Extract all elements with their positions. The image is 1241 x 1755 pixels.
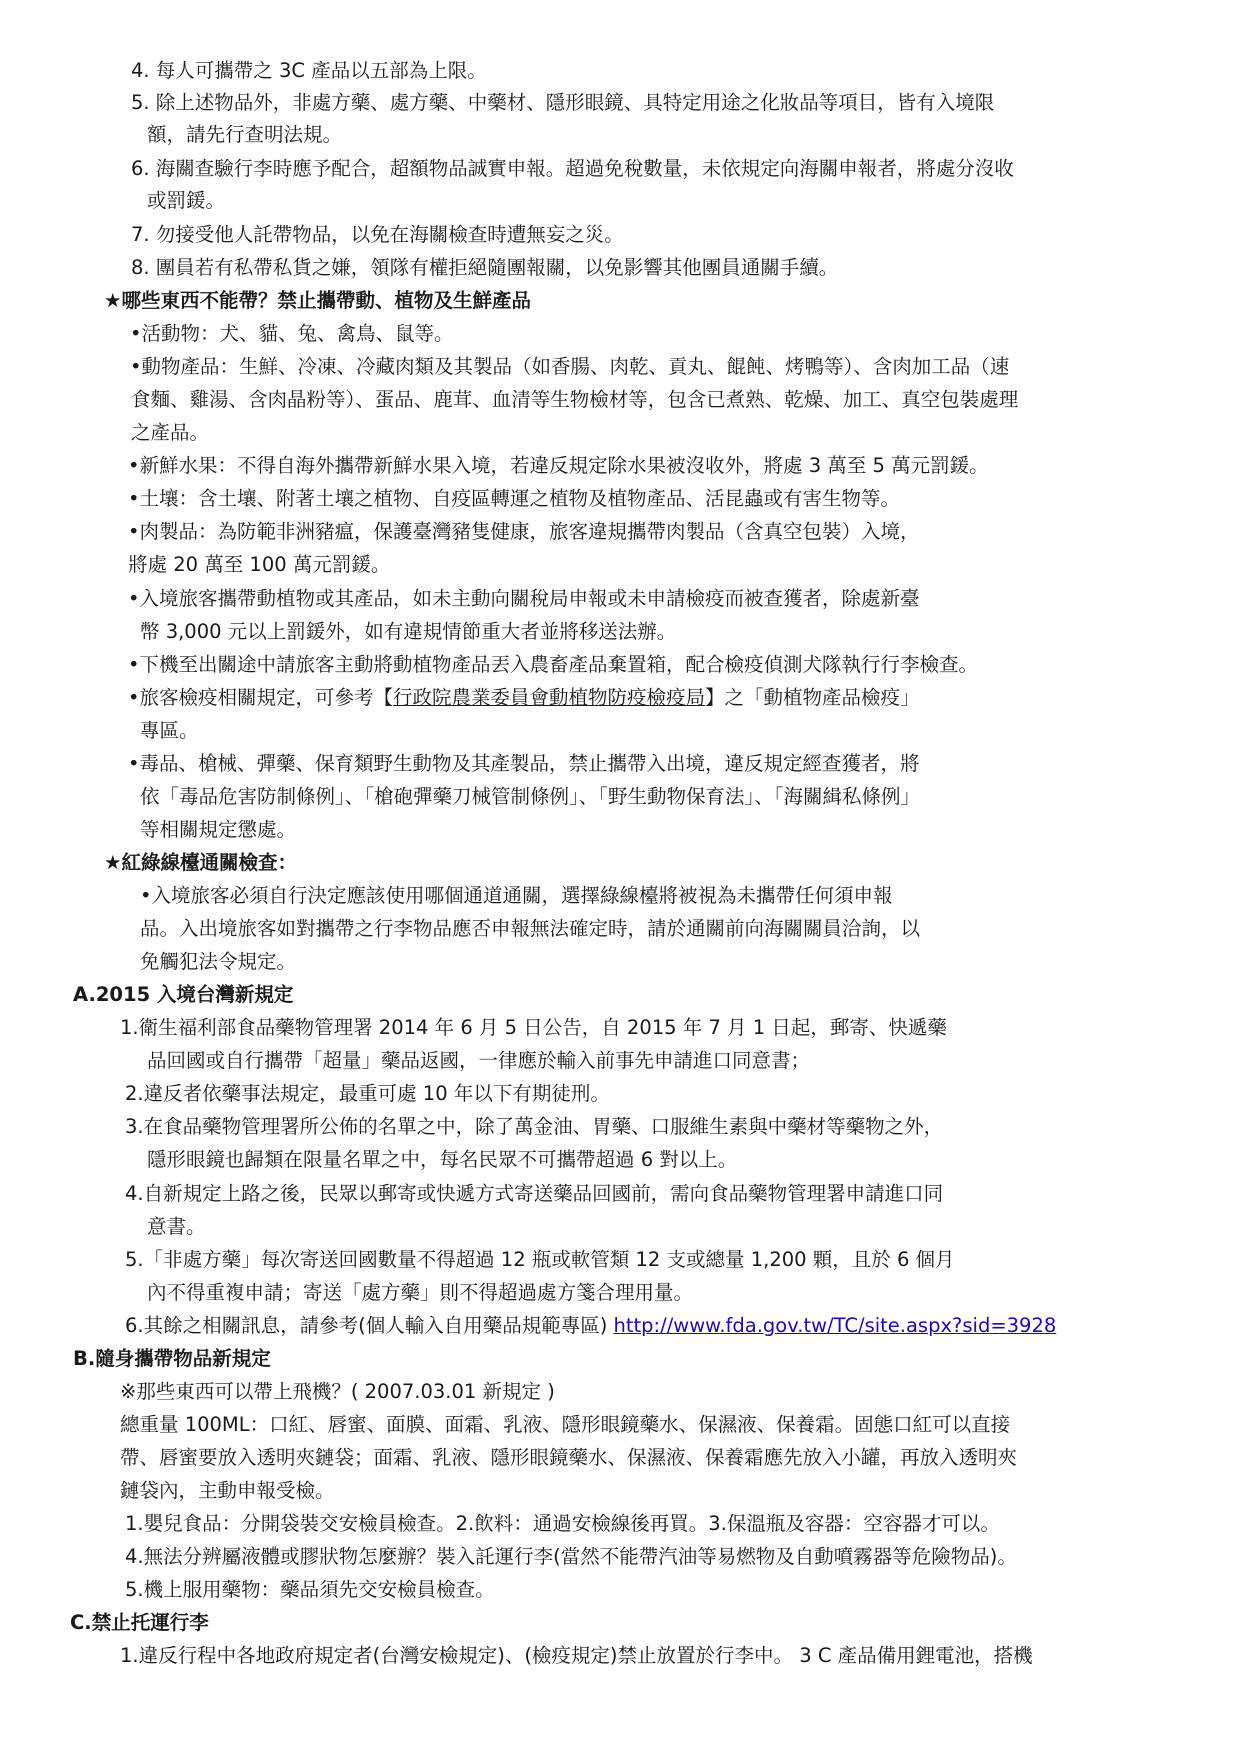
section-heading: A.2015 入境台灣新規定 (73, 980, 293, 1010)
text-line: 或罰鍰。 (147, 186, 225, 216)
text-line: 內不得重複申請；寄送「處方藥」則不得超過處方箋合理用量。 (147, 1278, 693, 1308)
text-line: 免觸犯法令規定。 (140, 947, 296, 977)
text-line: 2.違反者依藥事法規定，最重可處 10 年以下有期徒刑。 (125, 1079, 610, 1109)
text-line: 5.「非處方藥」每次寄送回國數量不得超過 12 瓶或軟管類 12 支或總量 1,… (125, 1245, 955, 1275)
text-line: 總重量 100ML：口紅、唇蜜、面膜、面霜、乳液、隱形眼鏡藥水、保濕液、保養霜。… (120, 1410, 1010, 1440)
text-line: •毒品、槍械、彈藥、保育類野生動物及其產製品，禁止攜帶入出境，違反規定經查獲者，… (128, 749, 920, 779)
text-line: •旅客檢疫相關規定，可參考【行政院農業委員會動植物防疫檢疫局】之「動植物產品檢疫… (128, 683, 920, 713)
text-line: 4.自新規定上路之後，民眾以郵寄或快遞方式寄送藥品回國前，需向食品藥物管理署申請… (125, 1179, 943, 1209)
text-line: 8. 團員若有私帶私貨之嫌，領隊有權拒絕隨團報關，以免影響其他團員通關手續。 (131, 253, 838, 283)
text-line: 依「毒品危害防制條例」、「槍砲彈藥刀械管制條例」、「野生動物保育法」、「海關緝私… (140, 782, 920, 812)
text-line: •動物產品：生鮮、冷凍、冷藏肉類及其製品（如香腸、肉乾、貢丸、餛飩、烤鴨等）、含… (130, 352, 1009, 382)
text-line: •土壤：含土壤、附著土壤之植物、自疫區轉運之植物及植物產品、活昆蟲或有害生物等。 (128, 484, 900, 514)
section-heading: ★哪些東西不能帶？禁止攜帶動、植物及生鮮產品 (104, 286, 531, 316)
text-line: •活動物：犬、貓、兔、禽鳥、鼠等。 (130, 319, 454, 349)
text-line: 食麵、雞湯、含肉晶粉等）、蛋品、鹿茸、血清等生物檢材等，包含已煮熟、乾燥、加工、… (131, 385, 1018, 415)
text-line: 等相關規定懲處。 (140, 815, 296, 845)
text-line: 1.衛生福利部食品藥物管理署 2014 年 6 月 5 日公告，自 2015 年… (120, 1013, 947, 1043)
text-line: 5.機上服用藥物：藥品須先交安檢員檢查。 (125, 1575, 495, 1605)
text-line: 6.其餘之相關訊息，請參考(個人輸入自用藥品規範專區) http://www.f… (125, 1311, 1056, 1341)
text-segment: 6.其餘之相關訊息，請參考(個人輸入自用藥品規範專區) (125, 1314, 614, 1337)
text-line: 4.無法分辨屬液體或膠狀物怎麼辦？裝入託運行李(當然不能帶汽油等易燃物及自動噴霧… (125, 1542, 1017, 1572)
text-line: 之產品。 (131, 418, 209, 448)
text-line: 隱形眼鏡也歸類在限量名單之中，每名民眾不可攜帶超過 6 對以上。 (147, 1145, 737, 1175)
text-line: 帶、唇蜜要放入透明夾鏈袋；面霜、乳液、隱形眼鏡藥水、保濕液、保養霜應先放入小罐，… (120, 1443, 1017, 1473)
text-line: 將處 20 萬至 100 萬元罰鍰。 (128, 550, 390, 580)
text-line: 鏈袋內，主動申報受檢。 (120, 1476, 335, 1506)
agency-link-text[interactable]: 行政院農業委員會動植物防疫檢疫局 (393, 686, 705, 709)
text-line: 1.嬰兒食品：分開袋裝交安檢員檢查。2.飲料：通過安檢線後再買。3.保溫瓶及容器… (125, 1509, 1000, 1539)
section-heading: ★紅綠線檯通關檢查： (104, 848, 297, 878)
text-line: 4. 每人可攜帶之 3C 產品以五部為上限。 (131, 56, 487, 86)
text-line: 7. 勿接受他人託帶物品，以免在海關檢查時遭無妄之災。 (131, 220, 624, 250)
text-line: 品回國或自行攜帶「超量」藥品返國，一律應於輸入前事先申請進口同意書； (147, 1046, 810, 1076)
text-line: •入境旅客攜帶動植物或其產品，如未主動向關稅局申報或未申請檢疫而被查獲者，除處新… (128, 584, 920, 614)
text-line: •入境旅客必須自行決定應該使用哪個通道通關，選擇綠線檯將被視為未攜帶任何須申報 (140, 881, 893, 911)
section-heading: B.隨身攜帶物品新規定 (73, 1344, 271, 1374)
text-line: 3.在食品藥物管理署所公佈的名單之中，除了萬金油、胃藥、口服維生素與中藥材等藥物… (125, 1112, 943, 1142)
text-line: ※那些東西可以帶上飛機？( 2007.03.01 新規定 ) (120, 1377, 555, 1407)
text-line: 意書。 (147, 1212, 206, 1242)
text-line: 專區。 (140, 716, 199, 746)
fda-link[interactable]: http://www.fda.gov.tw/TC/site.aspx?sid=3… (614, 1314, 1057, 1337)
text-line: 6. 海關查驗行李時應予配合，超額物品誠實申報。超過免稅數量，未依規定向海關申報… (131, 154, 1014, 184)
section-heading: C.禁止托運行李 (70, 1608, 209, 1638)
text-line: 5. 除上述物品外，非處方藥、處方藥、中藥材、隱形眼鏡、具特定用途之化妝品等項目… (131, 88, 994, 118)
text-segment: 】之「動植物產品檢疫」 (705, 686, 920, 709)
text-line: 1.違反行程中各地政府規定者(台灣安檢規定)、(檢疫規定)禁止放置於行李中。 3… (120, 1641, 1033, 1671)
text-segment: •旅客檢疫相關規定，可參考【 (128, 686, 393, 709)
text-line: •肉製品：為防範非洲豬瘟，保護臺灣豬隻健康，旅客違規攜帶肉製品（含真空包裝）入境… (128, 517, 920, 547)
text-line: •新鮮水果：不得自海外攜帶新鮮水果入境，若違反規定除水果被沒收外，將處 3 萬至… (128, 451, 989, 481)
text-line: •下機至出關途中請旅客主動將動植物產品丟入農畜產品棄置箱，配合檢疫偵測犬隊執行行… (128, 650, 978, 680)
text-line: 幣 3,000 元以上罰鍰外，如有違規情節重大者並將移送法辦。 (140, 617, 676, 647)
text-line: 額，請先行查明法規。 (147, 120, 342, 150)
text-line: 品。入出境旅客如對攜帶之行李物品應否申報無法確定時，請於通關前向海關關員洽詢，以 (140, 914, 920, 944)
